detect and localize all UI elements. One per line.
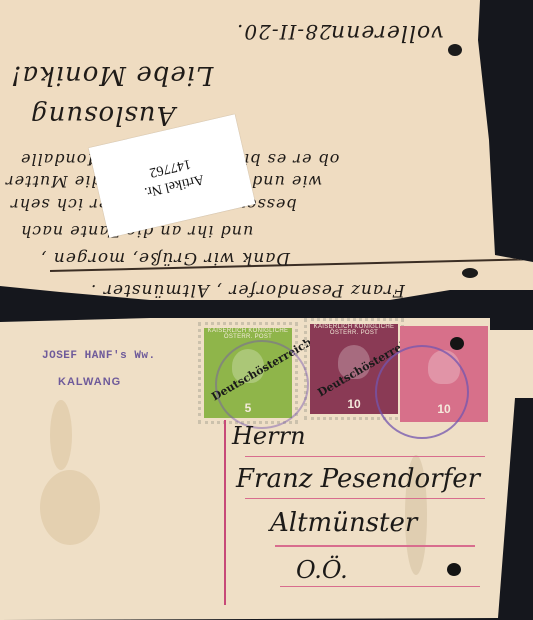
address-name: Franz Pesendorfer	[236, 464, 480, 494]
address-divider	[224, 420, 226, 605]
address-salutation: Herrn	[232, 422, 306, 450]
stamp-country-text: KAISERLICH KÖNIGLICHE ÖSTERR. POST	[307, 324, 401, 336]
punch-hole	[448, 44, 462, 56]
address-rule	[275, 545, 475, 547]
stamp-country-text: KAISERLICH KÖNIGLICHE ÖSTERR. POST	[201, 328, 295, 340]
address-town: Altmünster	[270, 508, 417, 538]
postmark	[215, 340, 309, 429]
water-stain	[50, 400, 72, 470]
handwritten-text: Dank wir Grüße, morgen ,	[40, 248, 290, 268]
handwritten-text: Auslosung	[30, 100, 175, 130]
address-region: O.Ö.	[296, 556, 348, 584]
handwritten-text: vollerenn	[330, 20, 444, 45]
handwritten-date: 28-II-20.	[236, 20, 332, 44]
sender-stamp-town: KALWANG	[58, 376, 121, 388]
handwritten-greeting: Liebe Monika!	[10, 60, 213, 90]
article-number-label: Artikel Nr. 147762	[89, 114, 256, 237]
punch-hole	[462, 268, 478, 278]
address-rule	[280, 586, 480, 587]
punch-hole	[447, 563, 461, 576]
handwritten-signature: Franz Pesendorfer , Altmünster .	[90, 280, 405, 300]
sender-stamp-name: JOSEF HANF's Ww.	[42, 350, 156, 362]
punch-hole	[450, 337, 464, 350]
water-stain	[40, 470, 100, 545]
address-rule	[245, 498, 485, 499]
postmark	[375, 345, 469, 439]
postcard-back: 28-II-20. vollerenn Liebe Monika! Auslos…	[0, 0, 533, 305]
address-rule	[245, 456, 485, 457]
